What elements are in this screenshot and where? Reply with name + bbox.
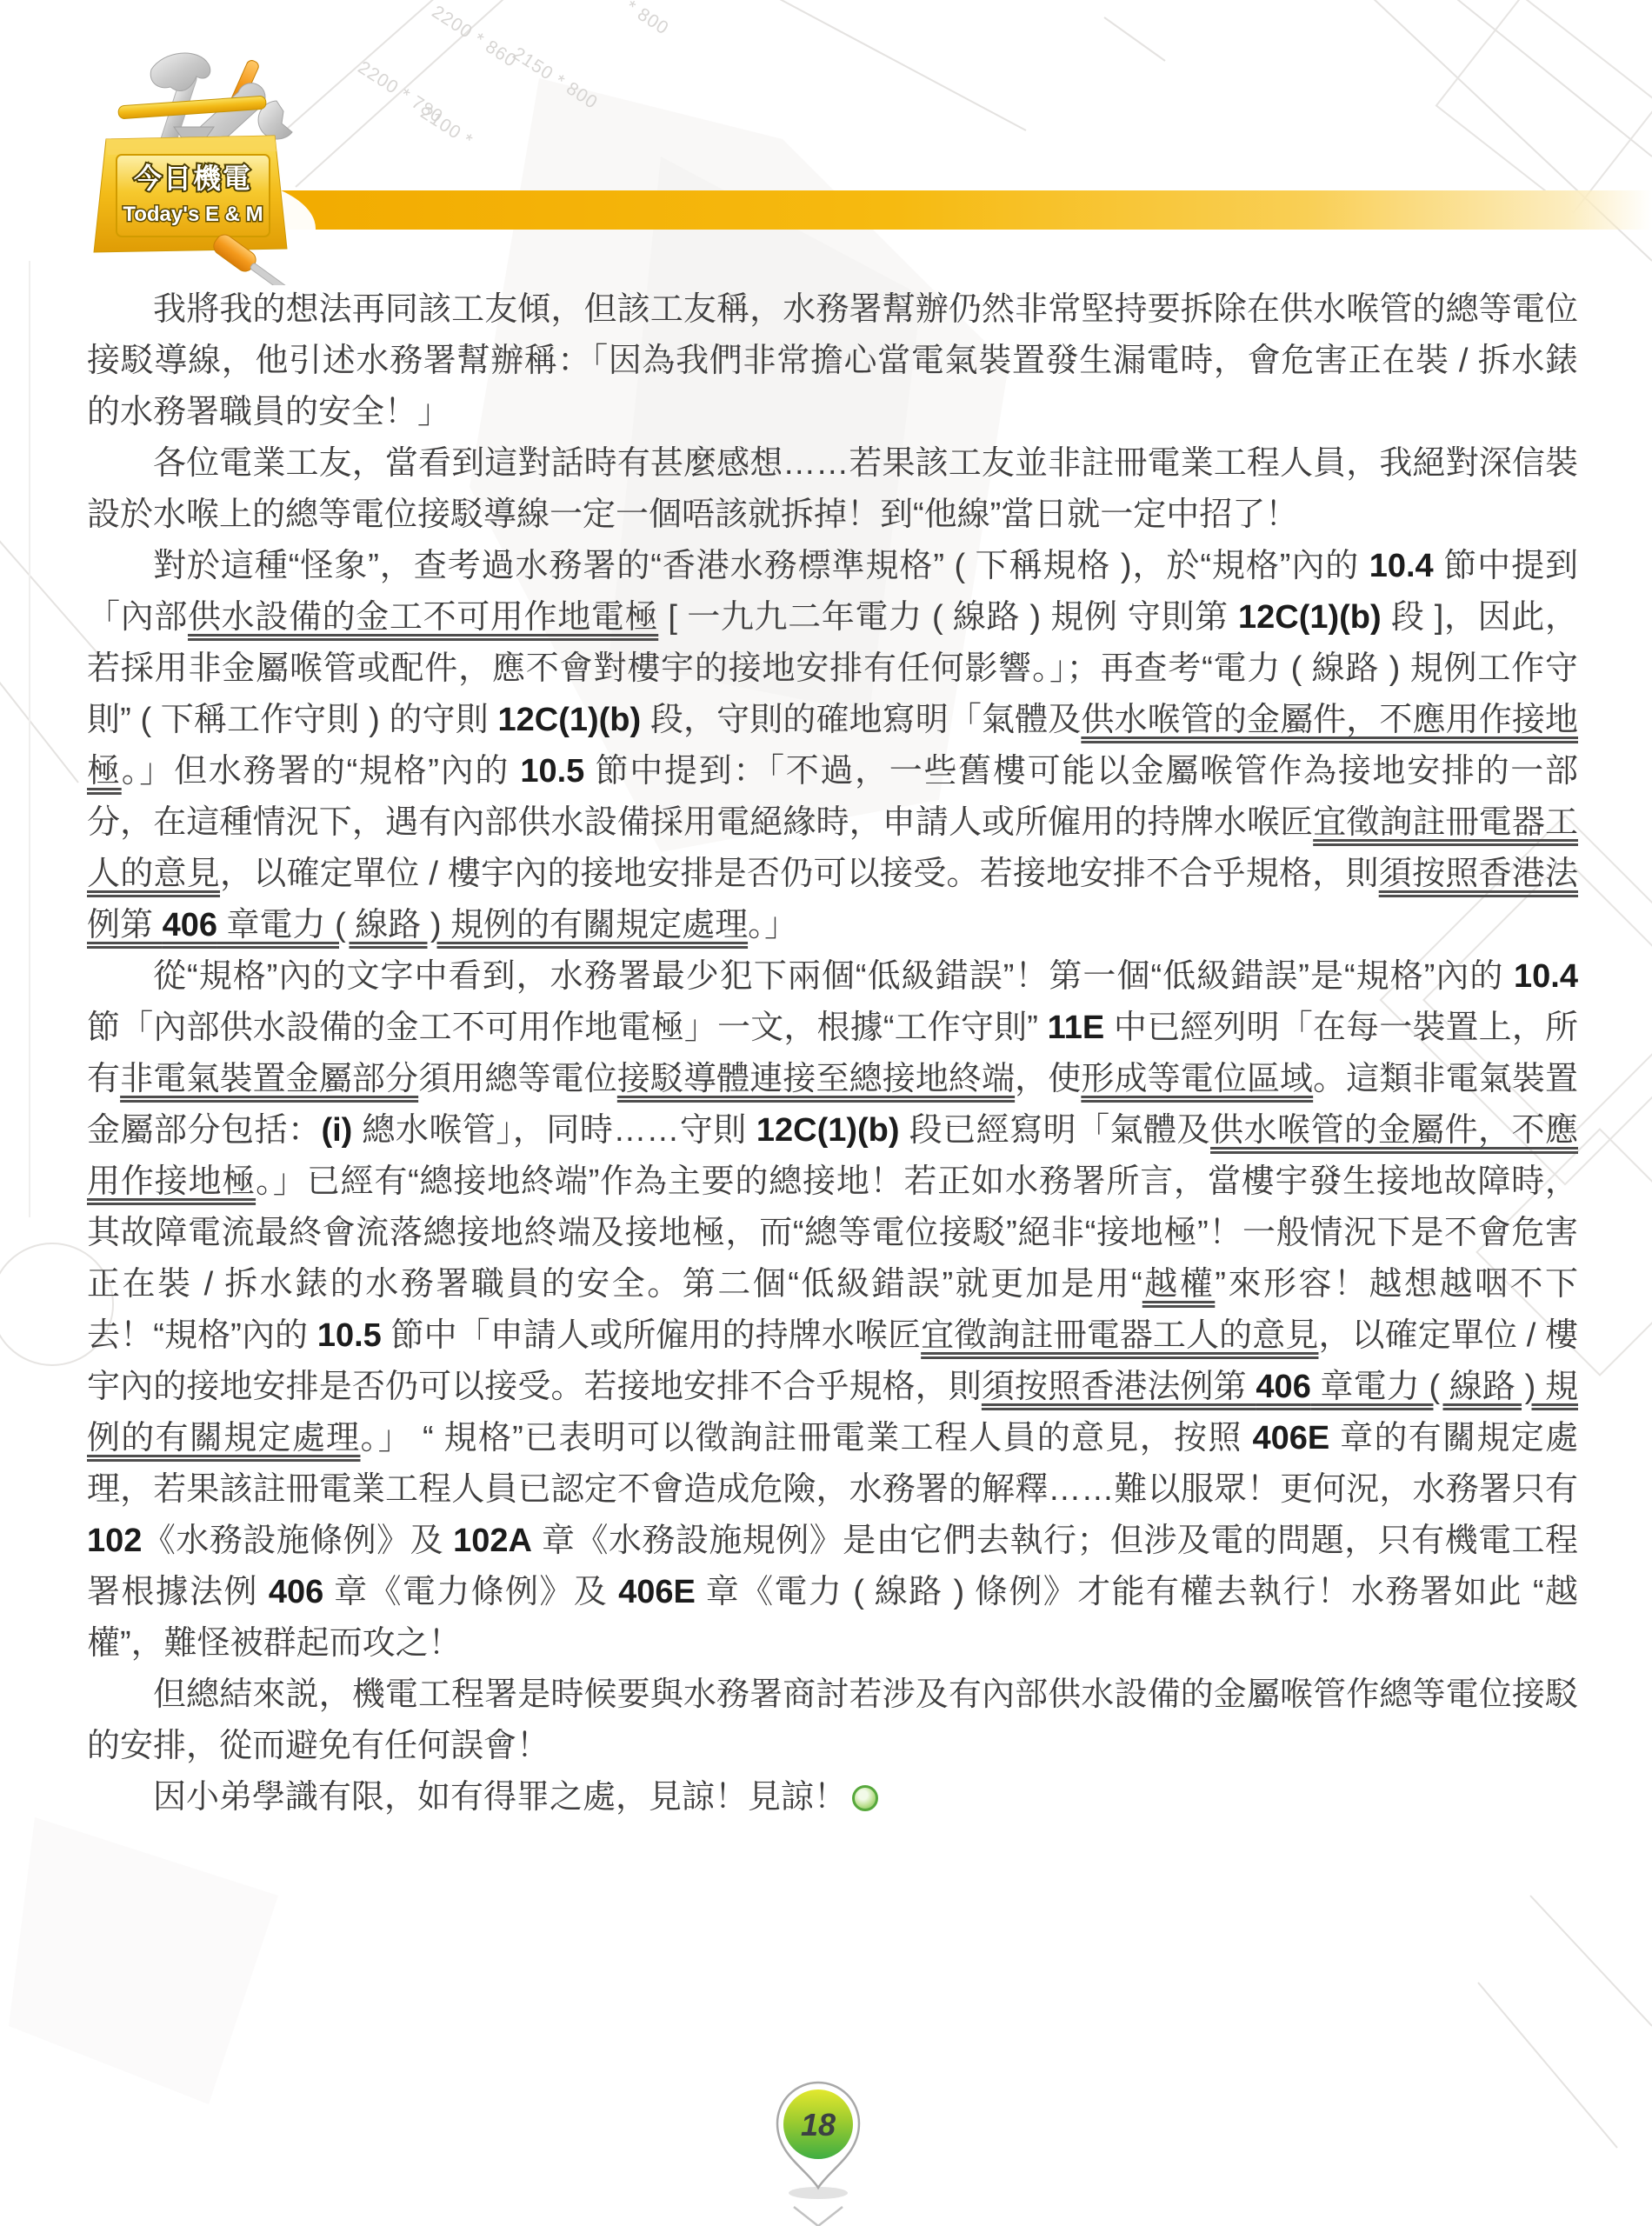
body-text: 。」 “ 規格”已表明可以徵詢註冊電業工程人員的意見，按照: [361, 1420, 1253, 1456]
body-text: 10.5: [317, 1317, 382, 1354]
body-text: 章《電力條例》及: [323, 1574, 618, 1610]
body-text: 406E: [1253, 1420, 1330, 1456]
page-number: 18: [801, 2107, 836, 2143]
body-text: 10.5: [520, 753, 584, 790]
underlined-text: 406: [1256, 1369, 1310, 1405]
body-text: ，以確定單位 / 樓宇內的接地安排是否仍可以接受。若接地安排不合乎規格，則: [220, 856, 1379, 892]
body-text: 。」但水務署的“規格”內的: [122, 753, 521, 790]
body-text: 11E: [1048, 1010, 1105, 1046]
body-text: 我將我的想法再同該工友傾，但該工友稱，水務署幫辦仍然非常堅持要拆除在供水喉管的總…: [87, 291, 1578, 430]
body-text: 102: [87, 1523, 142, 1559]
paragraph: 各位電業工友，當看到這對話時有甚麼感想……若果該工友並非註冊電業工程人員，我絕對…: [87, 438, 1578, 541]
underlined-text: 章電力 ( 線路 ) 規例的有關規定處理: [217, 907, 748, 943]
body-text: 12C(1)(b): [498, 702, 642, 738]
underlined-text: 形成等電位區域: [1081, 1061, 1313, 1097]
body-text: ，使: [1015, 1061, 1081, 1097]
chevron-down-icon: [794, 2207, 843, 2226]
body-text: 但總結來説，機電工程署是時候要與水務署商討若涉及有內部供水設備的金屬喉管作總等電…: [87, 1676, 1578, 1764]
body-text: 節「內部供水設備的金工不可用作地電極」一文，根據“工作守則”: [87, 1010, 1048, 1046]
body-text: 總水喉管」，同時……守則: [352, 1112, 756, 1149]
paragraph: 對於這種“怪象”，查考過水務署的“香港水務標準規格” ( 下稱規格 )，於“規格…: [87, 541, 1578, 951]
underlined-text: 接駁導體連接至總接地終端: [617, 1061, 1015, 1097]
article: 我將我的想法再同該工友傾，但該工友稱，水務署幫辦仍然非常堅持要拆除在供水喉管的總…: [87, 284, 1578, 1823]
body-text: (i): [321, 1112, 352, 1149]
paragraph: 我將我的想法再同該工友傾，但該工友稱，水務署幫辦仍然非常堅持要拆除在供水喉管的總…: [87, 284, 1578, 438]
body-text: 。」: [748, 907, 797, 943]
body-text: 406: [269, 1574, 323, 1610]
page-number-pin: 18: [768, 2075, 872, 2226]
underlined-text: 供水設備的金工不可用作地電極: [188, 599, 658, 636]
body-text: 從“規格”內的文字中看到，水務署最少犯下兩個“低級錯誤”！第一個“低級錯誤”是“…: [153, 958, 1514, 995]
paragraph: 從“規格”內的文字中看到，水務署最少犯下兩個“低級錯誤”！第一個“低級錯誤”是“…: [87, 951, 1578, 1669]
underlined-text: 越權: [1142, 1266, 1216, 1303]
logo-subtitle: Today's E & M: [123, 203, 263, 226]
body-text: 須用總等電位: [418, 1061, 617, 1097]
article-end-seal-icon: [852, 1785, 878, 1811]
body-text: 節中「申請人或所僱用的持牌水喉匠: [382, 1317, 921, 1354]
body-text: 102A: [453, 1523, 532, 1559]
body-text: 《水務設施條例》及: [142, 1523, 453, 1559]
toolbox-logo: 今日機電 Today's E & M: [68, 24, 320, 285]
body-text: [ 一九九二年電力 ( 線路 ) 規例 守則第: [658, 599, 1238, 636]
body-text: 各位電業工友，當看到這對話時有甚麼感想……若果該工友並非註冊電業工程人員，我絕對…: [87, 445, 1578, 533]
body-text: 段，守則的確地寫明「氣體及: [641, 702, 1081, 738]
body-text: 406E: [618, 1574, 696, 1610]
body-text: 10.4: [1369, 548, 1434, 584]
body-text: 10.4: [1514, 958, 1578, 995]
header-gold-band: [270, 190, 1652, 230]
underlined-text: 須按照香港法例第: [982, 1369, 1256, 1405]
body-text: 段已經寫明「氣體及: [900, 1112, 1211, 1149]
paragraph: 但總結來説，機電工程署是時候要與水務署商討若涉及有內部供水設備的金屬喉管作總等電…: [87, 1669, 1578, 1772]
magazine-page: 2200 * 860 * 800 2200 * 780 2150 * 800 2…: [0, 0, 1652, 2226]
body-text: 12C(1)(b): [756, 1112, 900, 1149]
paragraph: 因小弟學識有限，如有得罪之處，見諒！見諒！: [87, 1772, 1578, 1823]
logo-title: 今日機電: [134, 163, 252, 194]
body-text: 12C(1)(b): [1238, 599, 1382, 636]
body-text: 因小弟學識有限，如有得罪之處，見諒！見諒！: [153, 1779, 847, 1816]
underlined-text: 406: [163, 907, 217, 943]
body-text: 對於這種“怪象”，查考過水務署的“香港水務標準規格” ( 下稱規格 )，於“規格…: [153, 548, 1369, 584]
underlined-text: 宜徵詢註冊電器工人的意見: [921, 1317, 1318, 1354]
underlined-text: 非電氣裝置金屬部分: [120, 1061, 418, 1097]
